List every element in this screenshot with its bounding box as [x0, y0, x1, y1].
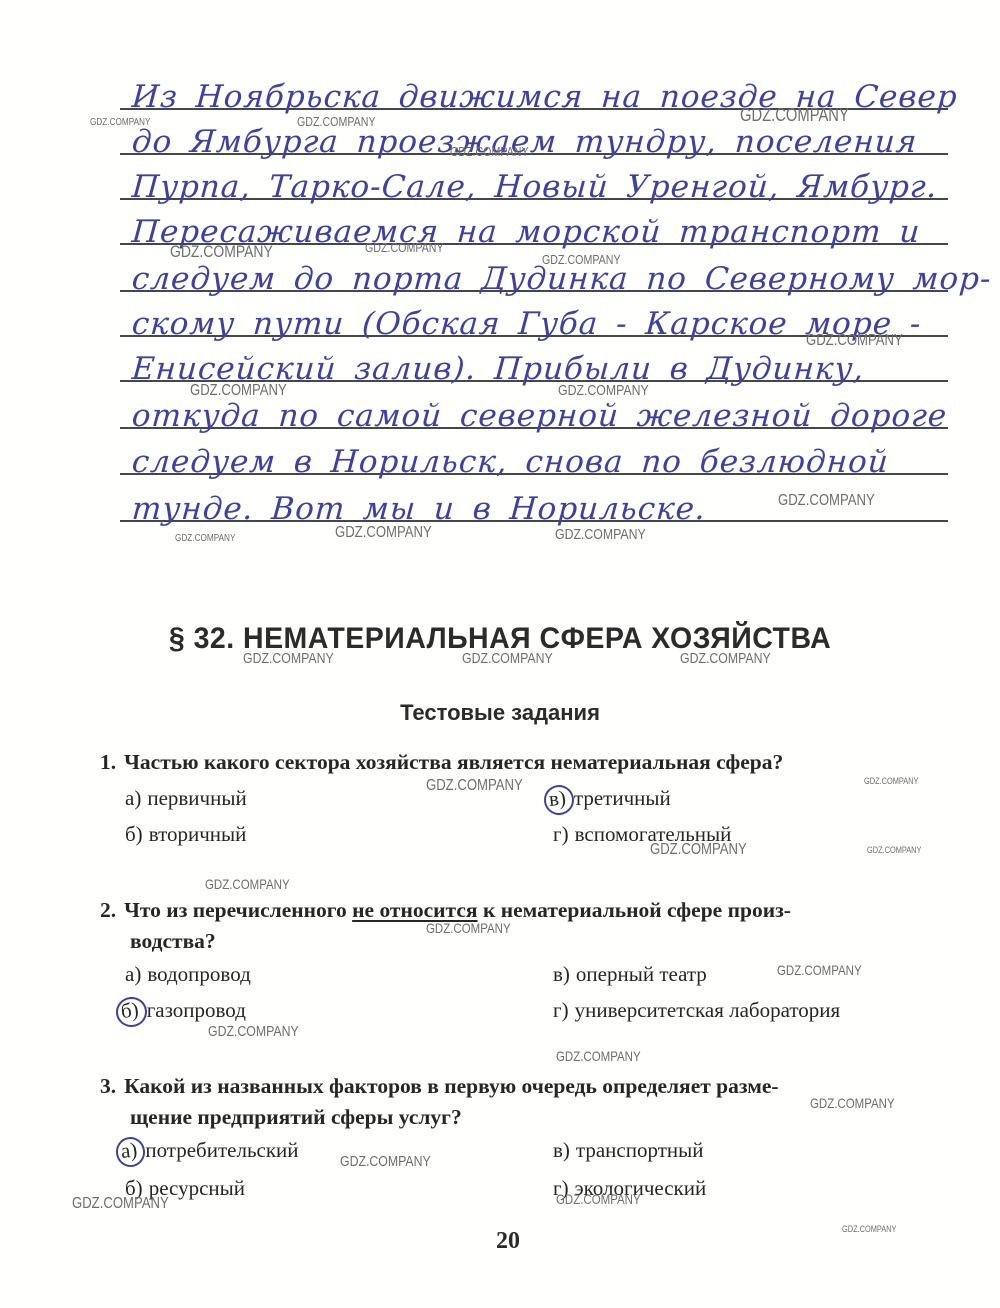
q2-option-g: г)университетская лаборатория [553, 998, 840, 1023]
q1-option-a-text: первичный [147, 786, 246, 810]
q1-option-g-letter: г) [553, 822, 569, 846]
question-2-line2: водства? [130, 929, 216, 954]
watermark: GDZ.COMPANY [208, 1023, 299, 1040]
section-subtitle: Тестовые задания [0, 700, 1000, 726]
ruled-line: Пересаживаемся на морской транспорт и [120, 199, 948, 245]
watermark: GDZ.COMPANY [556, 1048, 641, 1064]
watermark: GDZ.COMPANY [297, 114, 376, 129]
q2-option-b: б)газопровод [125, 998, 246, 1023]
page-number: 20 [496, 1228, 520, 1255]
q2-option-a: а)водопровод [125, 962, 251, 987]
watermark: GDZ.COMPANY [867, 845, 921, 855]
watermark: GDZ.COMPANY [680, 650, 771, 667]
q1-option-b-letter: б) [125, 822, 143, 846]
workbook-page: Из Ноябрьска движимся на поезде на Север… [0, 0, 1000, 1308]
q1-option-v-letter answer-circle: в) [543, 784, 576, 817]
q1-option-a-letter: а) [125, 786, 141, 810]
watermark: GDZ.COMPANY [462, 650, 553, 667]
q3-option-a-letter answer-circle: а) [115, 1136, 147, 1169]
question-2-text-post: к нематериальной сфере произ- [478, 898, 791, 922]
watermark: GDZ.COMPANY [426, 920, 511, 936]
q1-option-v-text: третичный [574, 786, 671, 810]
q2-option-g-letter: г) [553, 998, 569, 1022]
q2-option-a-letter: а) [125, 962, 141, 986]
watermark: GDZ.COMPANY [243, 650, 334, 667]
ruled-line: следуем в Норильск, снова по безлюдной [120, 429, 948, 475]
q1-option-b: б)вторичный [125, 822, 246, 847]
ruled-line: скому пути (Обская Губа - Карское море - [120, 291, 948, 337]
ruled-line: Пурпа, Тарко-Сале, Новый Уренгой, Ямбург… [120, 154, 948, 200]
question-3-number: 3. [100, 1074, 116, 1098]
q2-option-v-text: оперный театр [576, 962, 707, 986]
watermark: GDZ.COMPANY [842, 1224, 896, 1234]
watermark: GDZ.COMPANY [190, 382, 287, 400]
watermark: GDZ.COMPANY [205, 876, 290, 892]
q2-option-v: в)оперный театр [553, 962, 707, 987]
watermark: GDZ.COMPANY [740, 105, 849, 126]
question-2-number: 2. [100, 898, 116, 922]
q2-option-b-letter answer-circle: б) [115, 995, 149, 1028]
watermark: GDZ.COMPANY [542, 252, 621, 267]
watermark: GDZ.COMPANY [450, 144, 529, 159]
q1-option-v: в)третичный [553, 786, 671, 811]
handwriting-text: тунде. Вот мы и в Норильске. [131, 491, 707, 527]
question-2-text-underlined: не относится [352, 898, 477, 922]
question-3-line2: щение предприятий сферы услуг? [130, 1105, 462, 1130]
ruled-line: Из Ноябрьска движимся на поезде на Север [120, 64, 948, 110]
watermark: GDZ.COMPANY [340, 1153, 431, 1170]
q2-option-a-text: водопровод [147, 962, 250, 986]
watermark: GDZ.COMPANY [806, 332, 903, 350]
q3-option-v-text: транспортный [576, 1138, 704, 1162]
question-1-text: Частью какого сектора хозяйства является… [124, 750, 783, 774]
watermark: GDZ.COMPANY [175, 533, 235, 544]
watermark: GDZ.COMPANY [335, 524, 432, 542]
watermark: GDZ.COMPANY [810, 1095, 895, 1111]
watermark: GDZ.COMPANY [170, 242, 273, 262]
watermark: GDZ.COMPANY [556, 1191, 641, 1207]
question-3-text-line1: Какой из названных факторов в первую оче… [124, 1074, 778, 1098]
question-3: 3.Какой из названных факторов в первую о… [100, 1074, 779, 1099]
watermark: GDZ.COMPANY [90, 117, 150, 128]
q3-option-v-letter: в) [553, 1138, 570, 1162]
q1-option-a: а)первичный [125, 786, 247, 811]
q3-option-a-text: потребительский [145, 1138, 298, 1162]
watermark: GDZ.COMPANY [72, 1195, 169, 1213]
watermark: GDZ.COMPANY [864, 776, 918, 786]
watermark: GDZ.COMPANY [426, 777, 523, 795]
q2-option-g-text: университетская лаборатория [575, 998, 841, 1022]
q2-option-b-text: газопровод [147, 998, 246, 1022]
question-2-text-pre: Что из перечисленного [124, 898, 352, 922]
watermark: GDZ.COMPANY [555, 526, 646, 543]
watermark: GDZ.COMPANY [365, 240, 444, 255]
watermark: GDZ.COMPANY [558, 382, 649, 399]
watermark: GDZ.COMPANY [777, 962, 862, 978]
handwriting-text: следуем в Норильск, снова по безлюдной [131, 444, 890, 480]
q2-option-v-letter: в) [553, 962, 570, 986]
q1-option-b-text: вторичный [149, 822, 247, 846]
question-1-number: 1. [100, 750, 116, 774]
watermark: GDZ.COMPANY [778, 492, 875, 510]
q3-option-a: а)потребительский [125, 1138, 299, 1163]
question-1: 1.Частью какого сектора хозяйства являет… [100, 750, 783, 775]
watermark: GDZ.COMPANY [650, 841, 747, 859]
q3-option-v: в)транспортный [553, 1138, 703, 1163]
